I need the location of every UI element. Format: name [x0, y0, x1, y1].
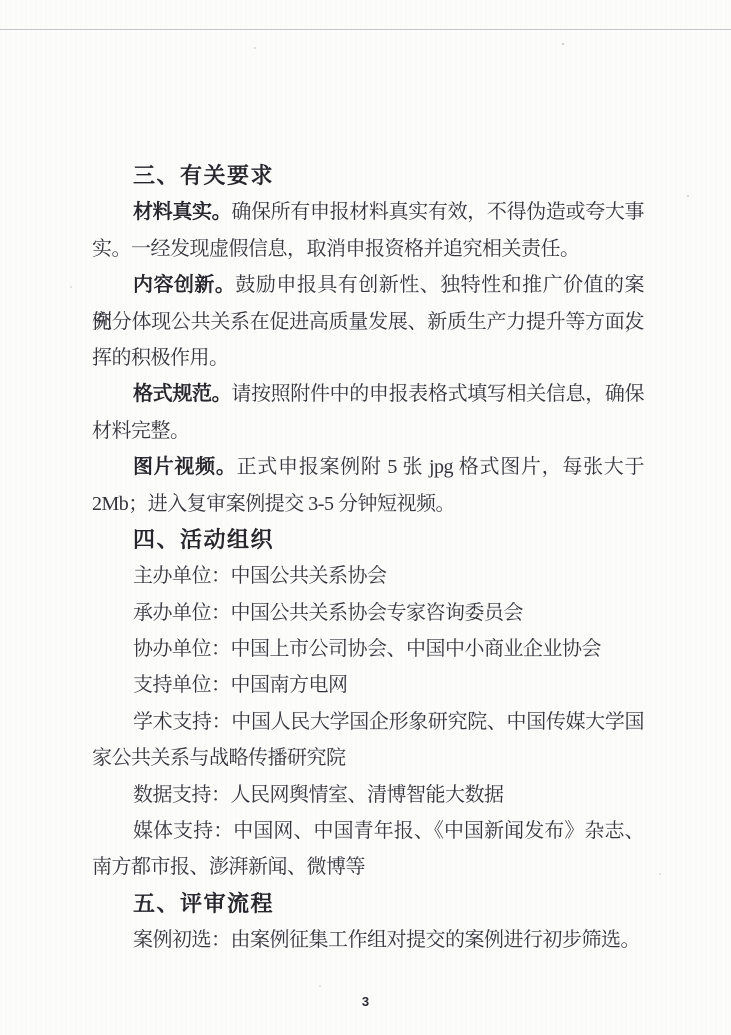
text-segment: 家公共关系与战略传播研究院	[92, 747, 346, 769]
document-line: 内容创新。鼓励申报具有创新性、独特性和推广价值的案例，	[92, 267, 644, 303]
bold-lead-in: 图片视频。	[133, 456, 237, 478]
section-heading: 五、评审流程	[92, 886, 644, 922]
document-line: 案例初选：由案例征集工作组对提交的案例进行初步筛选。	[92, 922, 644, 958]
text-segment: 媒体支持：中国网、中国青年报、《中国新闻发布》杂志、	[133, 820, 644, 842]
bold-lead-in: 四、活动组织	[133, 527, 274, 552]
document-body: 三、有关要求材料真实。确保所有申报材料真实有效，不得伪造或夸大事实。一经发现虚假…	[92, 158, 644, 959]
document-line: 图片视频。正式申报案例附 5 张 jpg 格式图片，每张大于	[92, 449, 644, 485]
document-line: 家公共关系与战略传播研究院	[92, 740, 644, 776]
text-segment: 南方都市报、澎湃新闻、微博等	[92, 856, 365, 878]
document-line: 格式规范。请按照附件中的申报表格式填写相关信息，确保	[92, 376, 644, 412]
bold-lead-in: 五、评审流程	[133, 891, 274, 916]
section-heading: 四、活动组织	[92, 522, 644, 558]
document-line: 支持单位：中国南方电网	[92, 667, 644, 703]
document-line: 材料真实。确保所有申报材料真实有效，不得伪造或夸大事	[92, 194, 644, 230]
text-segment: 支持单位：中国南方电网	[133, 674, 348, 696]
bold-lead-in: 三、有关要求	[133, 163, 274, 188]
document-line: 充分体现公共关系在促进高质量发展、新质生产力提升等方面发	[92, 304, 644, 340]
text-segment: 案例初选：由案例征集工作组对提交的案例进行初步筛选。	[133, 929, 640, 951]
text-segment: 学术支持：中国人民大学国企形象研究院、中国传媒大学国	[133, 711, 644, 733]
document-line: 承办单位：中国公共关系协会专家咨询委员会	[92, 595, 644, 631]
document-line: 媒体支持：中国网、中国青年报、《中国新闻发布》杂志、	[92, 813, 644, 849]
section-heading: 三、有关要求	[92, 158, 644, 194]
document-line: 2Mb；进入复审案例提交 3-5 分钟短视频。	[92, 486, 644, 522]
document-line: 挥的积极作用。	[92, 340, 644, 376]
text-segment: 挥的积极作用。	[92, 347, 229, 369]
bold-lead-in: 内容创新。	[133, 274, 235, 296]
text-segment: 承办单位：中国公共关系协会专家咨询委员会	[133, 602, 523, 624]
page-number: 3	[0, 994, 731, 1009]
text-segment: 请按照附件中的申报表格式填写相关信息，确保	[231, 383, 644, 405]
scanned-document-page: 三、有关要求材料真实。确保所有申报材料真实有效，不得伪造或夸大事实。一经发现虚假…	[0, 0, 731, 1035]
text-segment: 协办单位：中国上市公司协会、中国中小商业企业协会	[133, 638, 601, 660]
document-line: 学术支持：中国人民大学国企形象研究院、中国传媒大学国	[92, 704, 644, 740]
bold-lead-in: 格式规范。	[133, 383, 231, 405]
document-line: 协办单位：中国上市公司协会、中国中小商业企业协会	[92, 631, 644, 667]
document-line: 主办单位：中国公共关系协会	[92, 558, 644, 594]
document-line: 南方都市报、澎湃新闻、微博等	[92, 849, 644, 885]
document-line: 实。一经发现虚假信息，取消申报资格并追究相关责任。	[92, 231, 644, 267]
document-line: 材料完整。	[92, 413, 644, 449]
text-segment: 实。一经发现虚假信息，取消申报资格并追究相关责任。	[92, 238, 580, 260]
text-segment: 正式申报案例附 5 张 jpg 格式图片，每张大于	[237, 456, 644, 478]
document-line: 数据支持：人民网舆情室、清博智能大数据	[92, 777, 644, 813]
bold-lead-in: 材料真实。	[133, 201, 231, 223]
scan-artifact-line	[0, 29, 731, 30]
text-segment: 2Mb；进入复审案例提交 3-5 分钟短视频。	[92, 493, 455, 515]
text-segment: 主办单位：中国公共关系协会	[133, 565, 387, 587]
text-segment: 充分体现公共关系在促进高质量发展、新质生产力提升等方面发	[92, 311, 644, 333]
text-segment: 材料完整。	[92, 420, 190, 442]
text-segment: 数据支持：人民网舆情室、清博智能大数据	[133, 784, 504, 806]
text-segment: 确保所有申报材料真实有效，不得伪造或夸大事	[231, 201, 644, 223]
